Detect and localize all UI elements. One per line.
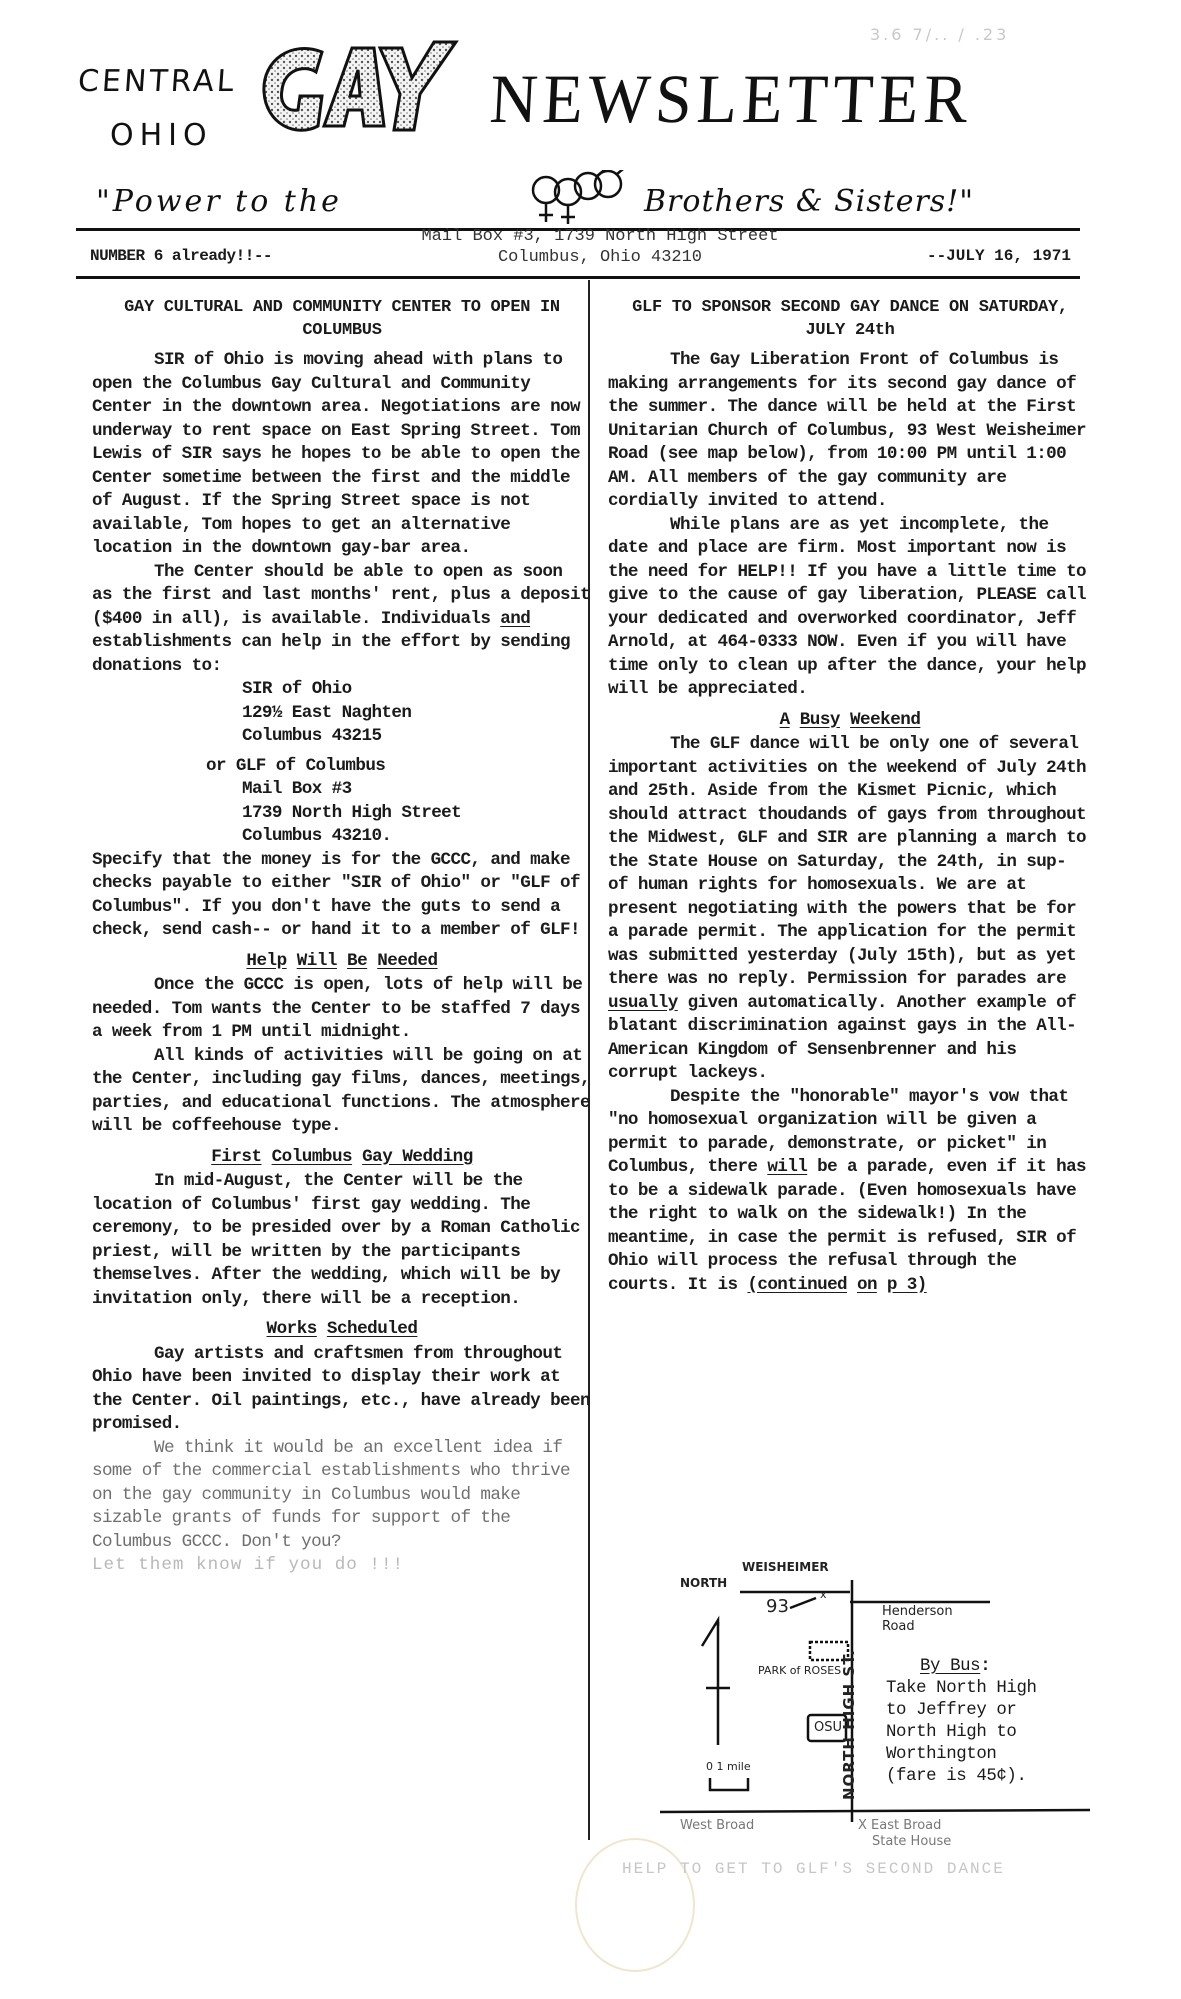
map-label-x: x — [820, 1588, 827, 1601]
gender-symbols-icon — [526, 170, 636, 230]
subhead-works-scheduled: Works Scheduled — [92, 1318, 592, 1342]
donation-addresses: SIR of Ohio 129½ East Naghten Columbus 4… — [92, 678, 592, 849]
article-headline-community-center: GAY CULTURAL AND COMMUNITY CENTER TO OPE… — [92, 296, 592, 342]
subhead-busy-weekend: A Busy Weekend — [608, 709, 1092, 733]
directions-map: WEISHEIMER NORTH 93 x PARK of ROSES OSU … — [640, 1560, 1090, 1860]
mail-line-1: Mail Box #3, 1739 North High Street — [360, 226, 840, 247]
map-label-east-broad: X East Broad — [858, 1818, 941, 1833]
article-headline-gay-dance: GLF TO SPONSOR SECOND GAY DANCE ON SATUR… — [608, 296, 1092, 342]
left-column: GAY CULTURAL AND COMMUNITY CENTER TO OPE… — [92, 296, 592, 1578]
continued-link: (continued — [747, 1275, 847, 1295]
article-paragraph: Once the GCCC is open, lots of help will… — [92, 974, 592, 1045]
map-label-scale: 0 1 mile — [706, 1760, 751, 1773]
slogan-left: "Power to the — [96, 184, 342, 219]
gay-logo-icon — [252, 30, 462, 150]
article-paragraph: The GLF dance will be only one of severa… — [608, 733, 1092, 1086]
map-label-north-high: NORTH HIGH ST. — [840, 1649, 858, 1800]
subhead-help-needed: Help Will Be Needed — [92, 950, 592, 974]
article-paragraph: Gay artists and craftsmen from throughou… — [92, 1343, 592, 1437]
article-paragraph: SIR of Ohio is moving ahead with plans t… — [92, 349, 592, 561]
map-label-north: NORTH — [680, 1576, 727, 1590]
map-label-93: 93 — [766, 1596, 789, 1617]
article-paragraph: Despite the "honorable" mayor's vow that… — [608, 1086, 1092, 1298]
article-paragraph: Specify that the money is for the GCCC, … — [92, 849, 592, 943]
bus-directions: By Bus: Take North High to Jeffrey or No… — [886, 1656, 1096, 1788]
subhead-gay-wedding: First Columbus Gay Wedding — [92, 1146, 592, 1170]
gay-logo — [252, 30, 462, 150]
map-label-osu: OSU — [814, 1720, 842, 1735]
archive-stamp: 3.6 7/.. / .23 — [870, 18, 1009, 52]
faded-line: Let them know if you do !!! — [92, 1554, 592, 1578]
map-label-state-house: State House — [872, 1834, 951, 1849]
map-label-park: PARK of ROSES — [758, 1664, 841, 1677]
faded-footer-line: HELP TO GET TO GLF'S SECOND DANCE — [622, 1860, 1005, 1878]
mailing-address: Mail Box #3, 1739 North High Street Colu… — [360, 226, 840, 268]
slogan-right: Brothers & Sisters!" — [644, 184, 974, 219]
map-label-weisheimer: WEISHEIMER — [742, 1560, 829, 1574]
article-paragraph: While plans are as yet incomplete, the d… — [608, 514, 1092, 702]
article-paragraph: In mid-August, the Center will be the lo… — [92, 1170, 592, 1311]
article-paragraph: The Center should be able to open as soo… — [92, 561, 592, 679]
article-paragraph: The Gay Liberation Front of Columbus is … — [608, 349, 1092, 514]
map-label-west-broad: West Broad — [680, 1818, 754, 1833]
map-label-henderson: Henderson Road — [882, 1604, 962, 1634]
issue-date: --JULY 16, 1971 — [927, 247, 1071, 265]
header-rule-bottom — [76, 276, 1080, 279]
issue-number: NUMBER 6 already!!-- — [90, 247, 272, 265]
mail-line-2: Columbus, Ohio 43210 — [360, 247, 840, 268]
article-paragraph: We think it would be an excellent idea i… — [92, 1437, 592, 1555]
coffee-stain — [575, 1838, 695, 1972]
masthead-title: NEWSLETTER — [488, 60, 975, 140]
right-column: GLF TO SPONSOR SECOND GAY DANCE ON SATUR… — [608, 296, 1092, 1297]
masthead-central: CENTRAL — [77, 64, 238, 99]
masthead-ohio: OHIO — [110, 118, 213, 153]
article-paragraph: All kinds of activities will be going on… — [92, 1045, 592, 1139]
slogan: "Power to the Brothers & Sisters!" — [96, 170, 1096, 230]
newsletter-page: 3.6 7/.. / .23 CENTRAL OHIO NEWSLETTER "… — [0, 0, 1181, 1999]
